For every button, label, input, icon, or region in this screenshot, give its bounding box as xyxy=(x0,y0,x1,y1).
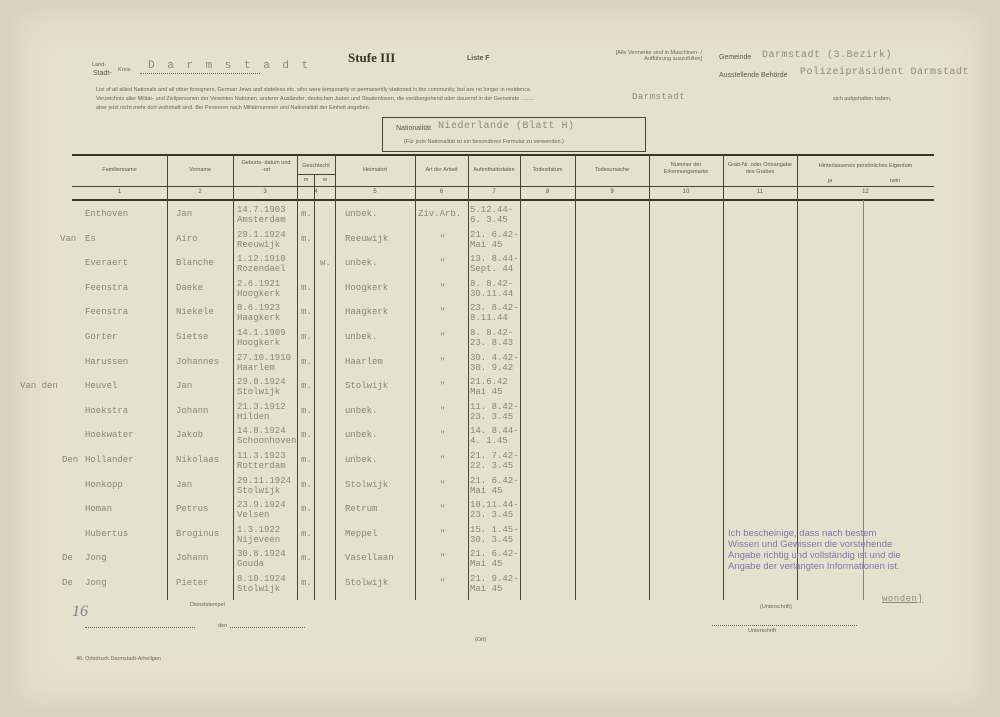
given-name-cell: Broginus xyxy=(176,529,219,539)
home-town-cell: Stolwijk xyxy=(345,480,388,490)
stay-to-cell: Mai 45 xyxy=(470,486,502,496)
birth-place-cell: Hilden xyxy=(237,412,269,422)
given-name-cell: Airo xyxy=(176,234,198,244)
stay-from-cell: 21. 7.42- xyxy=(470,451,519,461)
birth-place-cell: Haagkerk xyxy=(237,313,280,323)
stay-from-cell: 30. 4.42- xyxy=(470,353,519,363)
birth-place-cell: Schoonhoven xyxy=(237,436,296,446)
home-town-cell: Reeuwijk xyxy=(345,234,388,244)
surname-cell: Hollander xyxy=(85,455,134,465)
sex-cell: m. xyxy=(301,480,312,490)
sex-cell: m. xyxy=(301,381,312,391)
liste-label: Liste F xyxy=(467,55,490,62)
stay-to-cell: Sept. 44 xyxy=(470,264,513,274)
surname-cell: Jong xyxy=(85,553,107,563)
kreis-value: D a r m s t a d t xyxy=(148,60,311,72)
col-header-home: Heimatort xyxy=(335,167,415,174)
stay-from-cell: 21. 6.42- xyxy=(470,549,519,559)
col-num: 12 xyxy=(797,189,934,195)
col-line xyxy=(314,175,315,600)
birth-place-cell: Hoogkerk xyxy=(237,338,280,348)
birth-place-cell: Stolwijk xyxy=(237,584,280,594)
given-name-cell: Pieter xyxy=(176,578,208,588)
certification-stamp: Ich bescheinige, dass nach bestem Wissen… xyxy=(728,528,903,572)
stay-to-cell: 4. 1.45 xyxy=(470,436,508,446)
birth-place-cell: Nijeveen xyxy=(237,535,280,545)
col-num: 3 xyxy=(233,189,297,195)
col-num: 11 xyxy=(723,189,797,195)
wonden-text: wonden] xyxy=(882,594,923,604)
birth-place-cell: Haarlem xyxy=(237,363,275,373)
stay-to-cell: 23. 3.45 xyxy=(470,510,513,520)
sex-cell: m. xyxy=(301,234,312,244)
birth-place-cell: Hoogkerk xyxy=(237,289,280,299)
unterschrift-label: (Unterschrift) xyxy=(760,604,792,610)
surname-prefix: De xyxy=(62,578,73,588)
work-type-cell: " xyxy=(440,553,445,563)
home-town-cell: Stolwijk xyxy=(345,578,388,588)
surname-cell: Heuvel xyxy=(85,381,117,391)
home-town-cell: Stolwijk xyxy=(345,381,388,391)
surname-cell: Enthoven xyxy=(85,209,128,219)
surname-cell: Feenstra xyxy=(85,307,128,317)
given-name-cell: Johann xyxy=(176,553,208,563)
intro-town-value: Darmstadt xyxy=(632,92,685,102)
birth-date-cell: 14.8.1924 xyxy=(237,426,286,436)
sex-cell: m. xyxy=(301,553,312,563)
work-type-cell: " xyxy=(440,283,445,293)
col-line xyxy=(297,155,298,600)
col-header-property: Hinterlassenes persönliches Eigentum xyxy=(797,163,934,170)
birth-place-cell: Gouda xyxy=(237,559,264,569)
sex-cell: m. xyxy=(301,332,312,342)
col-header-given: Vorname xyxy=(167,167,233,174)
birth-place-cell: Stolwijk xyxy=(237,486,280,496)
stay-from-cell: 23. 8.42- xyxy=(470,303,519,313)
stay-to-cell: Mai 45 xyxy=(470,240,502,250)
surname-cell: Everaert xyxy=(85,258,128,268)
nationality-label: Nationalität xyxy=(396,125,431,132)
sex-cell: m. xyxy=(301,430,312,440)
ort-label: (Ort) xyxy=(475,637,486,643)
home-town-cell: unbek. xyxy=(345,332,377,342)
stay-from-cell: 11. 8.42- xyxy=(470,402,519,412)
given-name-cell: Niekele xyxy=(176,307,214,317)
col-line xyxy=(520,155,521,600)
home-town-cell: unbek. xyxy=(345,258,377,268)
given-name-cell: Johann xyxy=(176,406,208,416)
work-type-cell: " xyxy=(440,406,445,416)
home-town-cell: Haagkerk xyxy=(345,307,388,317)
behoerde-label: Ausstellende Behörde xyxy=(719,72,788,79)
col-num: 10 xyxy=(649,189,723,195)
form-title: Stufe III xyxy=(348,50,395,66)
col-num: 4 xyxy=(297,189,335,195)
stay-to-cell: 30.11.44 xyxy=(470,289,513,299)
stay-to-cell: 23. 8.43 xyxy=(470,338,513,348)
work-type-cell: " xyxy=(440,357,445,367)
surname-cell: Es xyxy=(85,234,96,244)
sex-cell: m. xyxy=(301,357,312,367)
surname-prefix: De xyxy=(62,553,73,563)
col-header-death-date: Todesdatum xyxy=(520,167,575,174)
col-line xyxy=(468,155,469,600)
birth-date-cell: 23.9.1924 xyxy=(237,500,286,510)
gemeinde-value: Darmstadt (3.Bezirk) xyxy=(762,50,892,61)
birth-place-cell: Reeuwijk xyxy=(237,240,280,250)
given-name-cell: Johannes xyxy=(176,357,219,367)
col-header-work: Art der Arbeit xyxy=(415,167,468,174)
col-line xyxy=(575,155,576,600)
birth-place-cell: Stolwijk xyxy=(237,387,280,397)
col-num: 1 xyxy=(72,189,167,195)
bracket-note: [Alle Vermerke sind in Maschinen- / Auff… xyxy=(592,50,702,62)
home-town-cell: Hoogkerk xyxy=(345,283,388,293)
work-type-cell: " xyxy=(440,258,445,268)
col-num: 8 xyxy=(520,189,575,195)
stay-from-cell: 14. 8.44- xyxy=(470,426,519,436)
given-name-cell: Petrus xyxy=(176,504,208,514)
birth-date-cell: 2.6.1921 xyxy=(237,279,280,289)
table-top-rule xyxy=(72,154,934,156)
work-type-cell: " xyxy=(440,455,445,465)
col-header-sex: Geschlecht xyxy=(297,163,335,170)
birth-date-cell: 29.11.1924 xyxy=(237,476,291,486)
stay-from-cell: 18.11.44- xyxy=(470,500,519,510)
stay-from-cell: 21. 9.42- xyxy=(470,574,519,584)
work-type-cell: " xyxy=(440,430,445,440)
home-town-cell: Retrum xyxy=(345,504,377,514)
birth-place-cell: Rozendael xyxy=(237,264,286,274)
kreis-label-mid: Kreis xyxy=(118,67,131,73)
stay-to-cell: 23. 3.45 xyxy=(470,412,513,422)
gemeinde-label: Gemeinde xyxy=(719,54,751,61)
intro-line-3: aber jetzt nicht mehr dort wohnhaft sind… xyxy=(96,105,370,111)
kreis-underline xyxy=(140,73,260,74)
stay-to-cell: 8.11.44 xyxy=(470,313,508,323)
given-name-cell: Jan xyxy=(176,480,192,490)
intro-line-2-end: sich aufgehalten haben, xyxy=(833,96,891,102)
work-type-cell: " xyxy=(440,480,445,490)
surname-cell: Feenstra xyxy=(85,283,128,293)
birth-date-cell: 8.10.1924 xyxy=(237,574,286,584)
col-header-property-ja: ja xyxy=(820,178,840,185)
work-type-cell: " xyxy=(440,307,445,317)
given-name-cell: Blanche xyxy=(176,258,214,268)
printer-imprint: 46. Ortsdruck Darmstadt-Arheilgen xyxy=(76,656,161,662)
handwritten-page-number: 16 xyxy=(72,603,88,621)
surname-cell: Harussen xyxy=(85,357,128,367)
nationality-value: Niederlande (Blatt H) xyxy=(438,121,575,132)
stay-from-cell: 21. 6.42- xyxy=(470,230,519,240)
col-line xyxy=(415,155,416,600)
work-type-cell: " xyxy=(440,504,445,514)
surname-cell: Hoekstra xyxy=(85,406,128,416)
col-num: 9 xyxy=(575,189,649,195)
surname-cell: Hubertus xyxy=(85,529,128,539)
birth-place-cell: Velsen xyxy=(237,510,269,520)
col-num: 5 xyxy=(335,189,415,195)
dienststempel-label: Dienststempel xyxy=(190,602,225,608)
home-town-cell: Vasellaan xyxy=(345,553,394,563)
stay-to-cell: 30. 9.42 xyxy=(470,363,513,373)
home-town-cell: unbek. xyxy=(345,455,377,465)
col-line xyxy=(649,155,650,600)
behoerde-value: Polizeipräsident Darmstadt xyxy=(800,67,969,78)
work-type-cell: Ziv.Arb. xyxy=(418,209,461,219)
birth-date-cell: 14.7.1903 xyxy=(237,205,286,215)
birth-date-cell: 21.3.1912 xyxy=(237,402,286,412)
work-type-cell: " xyxy=(440,529,445,539)
surname-prefix: Van den xyxy=(20,381,58,391)
signature-line xyxy=(712,625,857,626)
kreis-label-top: Land- xyxy=(92,62,106,68)
sex-cell: m. xyxy=(301,406,312,416)
given-name-cell: Jan xyxy=(176,209,192,219)
stay-from-cell: 21.6.42 xyxy=(470,377,508,387)
col-line xyxy=(233,155,234,600)
header-num-rule xyxy=(72,186,934,187)
kreis-label-bottom: Stadt- xyxy=(93,70,112,77)
birth-date-cell: 29.8.1924 xyxy=(237,377,286,387)
signature-label: Unterschrift xyxy=(748,628,776,634)
col-header-death-cause: Todesursache xyxy=(575,167,649,174)
stay-from-cell: 8. 8.42- xyxy=(470,328,513,338)
stay-to-cell: 6. 3.45 xyxy=(470,215,508,225)
col-header-surname: Familienname xyxy=(72,167,167,174)
work-type-cell: " xyxy=(440,578,445,588)
birth-date-cell: 29.1.1924 xyxy=(237,230,286,240)
sex-cell: m. xyxy=(301,209,312,219)
stay-to-cell: Mai 45 xyxy=(470,387,502,397)
home-town-cell: unbek. xyxy=(345,209,377,219)
given-name-cell: Daeke xyxy=(176,283,203,293)
birth-date-cell: 1.3.1922 xyxy=(237,525,280,535)
birth-date-cell: 1.12.1910 xyxy=(237,254,286,264)
sex-cell: m. xyxy=(301,307,312,317)
sex-cell: m. xyxy=(301,529,312,539)
birth-place-cell: Rotterdam xyxy=(237,461,286,471)
sex-subrule xyxy=(297,174,335,175)
stay-to-cell: 30. 3.45 xyxy=(470,535,513,545)
surname-cell: Jong xyxy=(85,578,107,588)
stay-to-cell: 22. 3.45 xyxy=(470,461,513,471)
header-bottom-rule xyxy=(72,199,934,201)
surname-cell: Honkopp xyxy=(85,480,123,490)
nationality-note: (Für jede Nationalität ist ein besondere… xyxy=(404,139,564,145)
col-num: 2 xyxy=(167,189,233,195)
stay-from-cell: 15. 1.45- xyxy=(470,525,519,535)
home-town-cell: unbek. xyxy=(345,430,377,440)
stay-from-cell: 5.12.44- xyxy=(470,205,513,215)
given-name-cell: Nikolaas xyxy=(176,455,219,465)
col-header-sex-m: m xyxy=(297,177,315,184)
col-header-tag: Nummer der Erkennungsmarke xyxy=(655,162,717,176)
surname-prefix: Den xyxy=(62,455,78,465)
col-header-grave: Grab-Nr. oder Ortsangabe des Grabes xyxy=(727,162,793,176)
surname-prefix: Van xyxy=(60,234,76,244)
sex-cell: w. xyxy=(320,258,331,268)
birth-date-cell: 11.3.1923 xyxy=(237,451,286,461)
stay-to-cell: Mai 45 xyxy=(470,559,502,569)
stay-from-cell: 13. 8.44- xyxy=(470,254,519,264)
sex-cell: m. xyxy=(301,283,312,293)
col-line xyxy=(167,155,168,600)
given-name-cell: Jakob xyxy=(176,430,203,440)
birth-date-cell: 27.10.1910 xyxy=(237,353,291,363)
date-label: den xyxy=(218,623,227,629)
col-num: 7 xyxy=(468,189,520,195)
surname-cell: Homan xyxy=(85,504,112,514)
given-name-cell: Jan xyxy=(176,381,192,391)
date-line xyxy=(230,627,305,628)
work-type-cell: " xyxy=(440,381,445,391)
home-town-cell: Meppel xyxy=(345,529,377,539)
col-header-birth: Geburts- datum und -ort xyxy=(241,160,291,174)
stay-from-cell: 21. 6.42- xyxy=(470,476,519,486)
surname-cell: Gorter xyxy=(85,332,117,342)
col-header-stay: Aufenthaltsdaten xyxy=(468,167,520,174)
birth-place-cell: Amsterdam xyxy=(237,215,286,225)
intro-line-2: Verzeichnis aller Militär- und Zivilpers… xyxy=(96,96,534,102)
col-header-sex-w: w xyxy=(315,177,335,184)
intro-line-1: List of all allied Nationals and all oth… xyxy=(96,87,532,93)
birth-date-cell: 30.8.1924 xyxy=(237,549,286,559)
sex-cell: m. xyxy=(301,578,312,588)
work-type-cell: " xyxy=(440,234,445,244)
home-town-cell: Haarlem xyxy=(345,357,383,367)
work-type-cell: " xyxy=(440,332,445,342)
given-name-cell: Sietse xyxy=(176,332,208,342)
col-line xyxy=(723,155,724,600)
sex-cell: m. xyxy=(301,455,312,465)
stay-to-cell: Mai 45 xyxy=(470,584,502,594)
birth-date-cell: 8.6.1923 xyxy=(237,303,280,313)
home-town-cell: unbek. xyxy=(345,406,377,416)
place-line xyxy=(85,627,195,628)
col-line xyxy=(335,155,336,600)
col-num: 6 xyxy=(415,189,468,195)
sex-cell: m. xyxy=(301,504,312,514)
surname-cell: Hoekwater xyxy=(85,430,134,440)
stay-from-cell: 8. 8.42- xyxy=(470,279,513,289)
birth-date-cell: 14.1.1909 xyxy=(237,328,286,338)
col-header-property-nein: nein xyxy=(880,178,910,185)
